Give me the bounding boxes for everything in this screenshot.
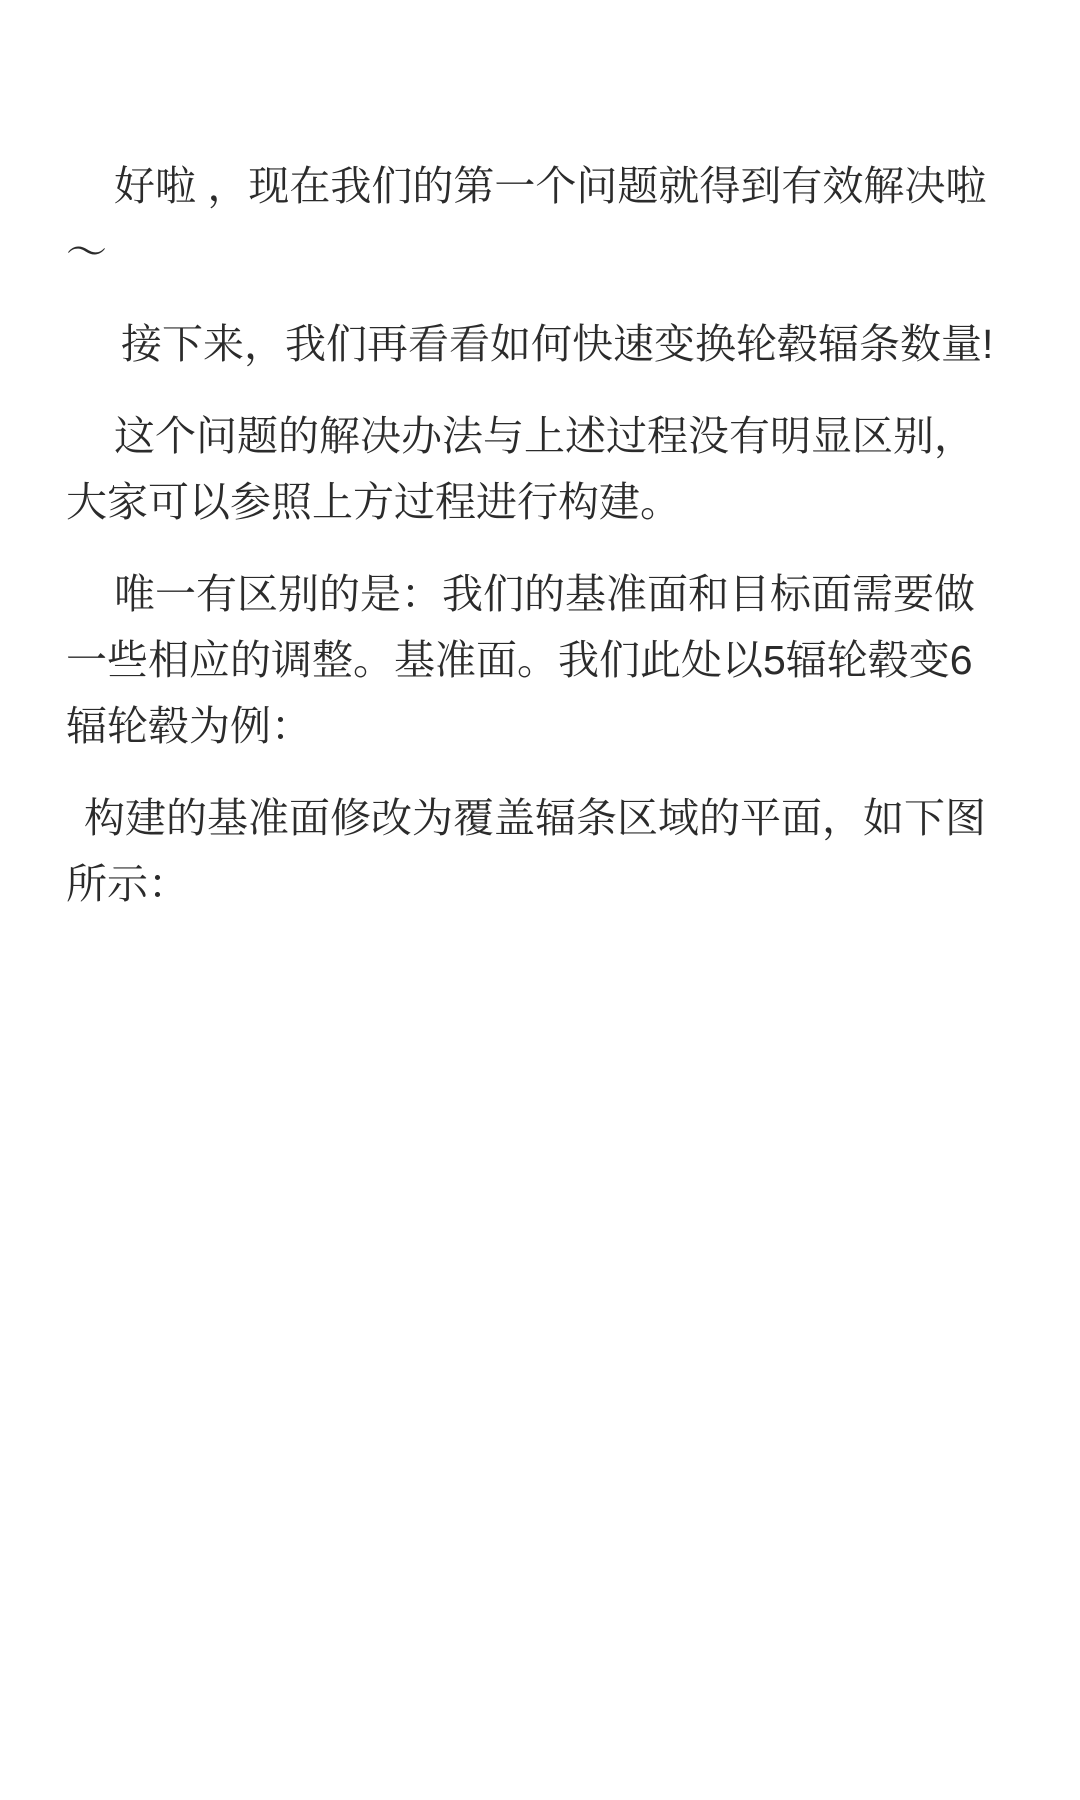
article-body: 好啦 ，现在我们的第一个问题就得到有效解决啦～ 接下来，我们再看看如何快速变换轮… xyxy=(0,0,1080,1800)
paragraph-next-topic-spoke-count: 接下来，我们再看看如何快速变换轮毂辐条数量! xyxy=(66,311,1010,377)
paragraph-datum-plane-modified: 构建的基准面修改为覆盖辐条区域的平面，如下图所示： xyxy=(66,785,1010,917)
paragraph-same-method: 这个问题的解决办法与上述过程没有明显区别，大家可以参照上方过程进行构建。 xyxy=(66,403,1010,535)
paragraph-problem-solved: 好啦 ，现在我们的第一个问题就得到有效解决啦～ xyxy=(66,153,1010,285)
paragraph-difference-datum-target: 唯一有区别的是：我们的基准面和目标面需要做一些相应的调整。基准面。我们此处以5辐… xyxy=(66,561,1010,759)
